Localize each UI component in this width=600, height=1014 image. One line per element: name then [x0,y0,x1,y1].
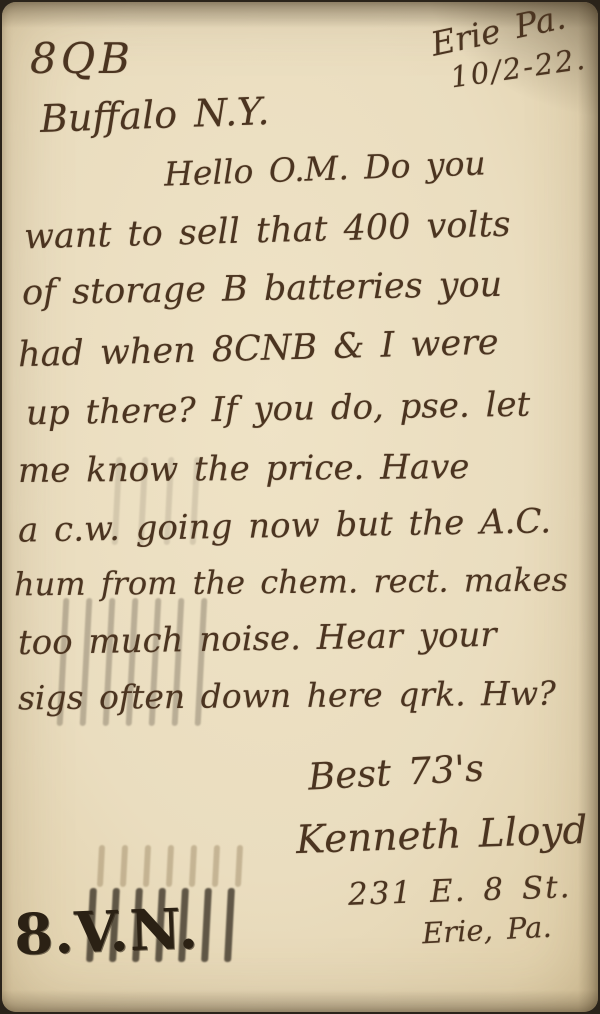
sender-city: Erie, Pa. [421,913,552,949]
body-line-4: had when 8CNB & I were [18,326,499,374]
body-line-10: sigs often down here qrk. Hw? [18,677,556,715]
postcard: Erie Pa. 10/2-22. 8QB Buffalo N.Y. Hello… [2,2,598,1012]
signature-name: Kenneth Lloyd [295,811,588,860]
body-line-1: Hello O.M. Do you [164,146,487,190]
sender-callsign-large: 8.V.N. [13,901,200,963]
body-line-7: a c.w. going now but the A.C. [18,504,552,547]
sender-street-address: 231 E. 8 St. [348,872,572,911]
recipient-city: Buffalo N.Y. [39,92,269,138]
postmark-cancellation-bars-bottom-light [98,845,259,887]
body-line-5: up there? If you do, pse. let [26,388,531,431]
photo-bottom-edge-shadow [2,990,598,1012]
body-line-2: want to sell that 400 volts [24,208,511,256]
body-line-9: too much noise. Hear your [18,618,497,660]
recipient-callsign: 8QB [30,38,134,80]
closing-73s: Best 73's [307,749,485,795]
body-line-6: me know the price. Have [18,450,470,488]
photo-right-edge-shadow [578,2,598,1012]
body-line-8: hum from the chem. rect. makes [14,564,568,601]
body-line-3: of storage B batteries you [22,268,503,311]
